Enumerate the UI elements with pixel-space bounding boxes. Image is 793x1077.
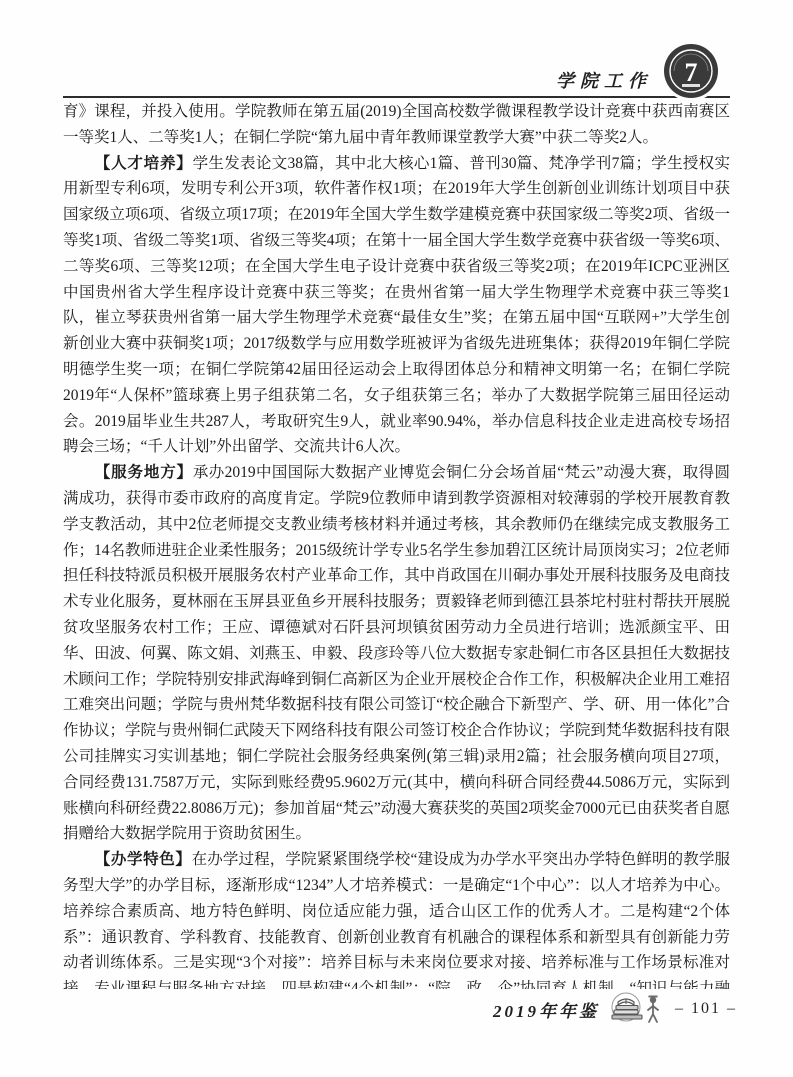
paragraph-serving-local: 【服务地方】承办2019中国国际大数据产业博览会铜仁分会场首届“梵云”动漫大赛，… [63, 460, 730, 847]
page-header: 学院工作 7 [63, 50, 730, 98]
seal-center-glyph: 7 [685, 58, 698, 87]
paragraph-continuation: 育》课程，并投入使用。学院教师在第五届(2019)全国高校数学微课程教学设计竞赛… [63, 99, 730, 151]
section-heading-serving-local: 【服务地方】 [95, 464, 193, 481]
yearbook-page: 学院工作 7 育》课程，并投入使用。学院教师在第五届(2019)全国高校数学微课… [0, 0, 793, 1077]
section-heading-school-features: 【办学特色】 [95, 851, 192, 868]
paragraph-text: 育》课程，并投入使用。学院教师在第五届(2019)全国高校数学微课程教学设计竞赛… [63, 103, 730, 146]
page-number: – 101 – [675, 1000, 737, 1018]
document-body: 育》课程，并投入使用。学院教师在第五届(2019)全国高校数学微课程教学设计竞赛… [63, 99, 730, 989]
paragraph-school-features: 【办学特色】在办学过程，学院紧紧围绕学校“建设成为办学水平突出办学特色鲜明的教学… [63, 847, 730, 989]
paragraph-text: 在办学过程，学院紧紧围绕学校“建设成为办学水平突出办学特色鲜明的教学服务型大学”… [63, 851, 730, 989]
yearbook-title: 2019年年鉴 [493, 997, 599, 1022]
university-seal-icon: 7 [660, 40, 722, 102]
paragraph-text: 学生发表论文38篇，其中北大核心1篇、普刊30篇、梵净学刊7篇；学生授权实用新型… [63, 155, 730, 456]
paragraph-talent-cultivation: 【人才培养】学生发表论文38篇，其中北大核心1篇、普刊30篇、梵净学刊7篇；学生… [63, 151, 730, 461]
books-decoration-icon [608, 990, 666, 1028]
paragraph-text: 承办2019中国国际大数据产业博览会铜仁分会场首届“梵云”动漫大赛，取得圆满成功… [63, 464, 730, 842]
section-heading-talent-cultivation: 【人才培养】 [95, 155, 193, 172]
header-section-title: 学院工作 [556, 67, 652, 93]
page-footer: 2019年年鉴 – 101 – [493, 990, 737, 1028]
